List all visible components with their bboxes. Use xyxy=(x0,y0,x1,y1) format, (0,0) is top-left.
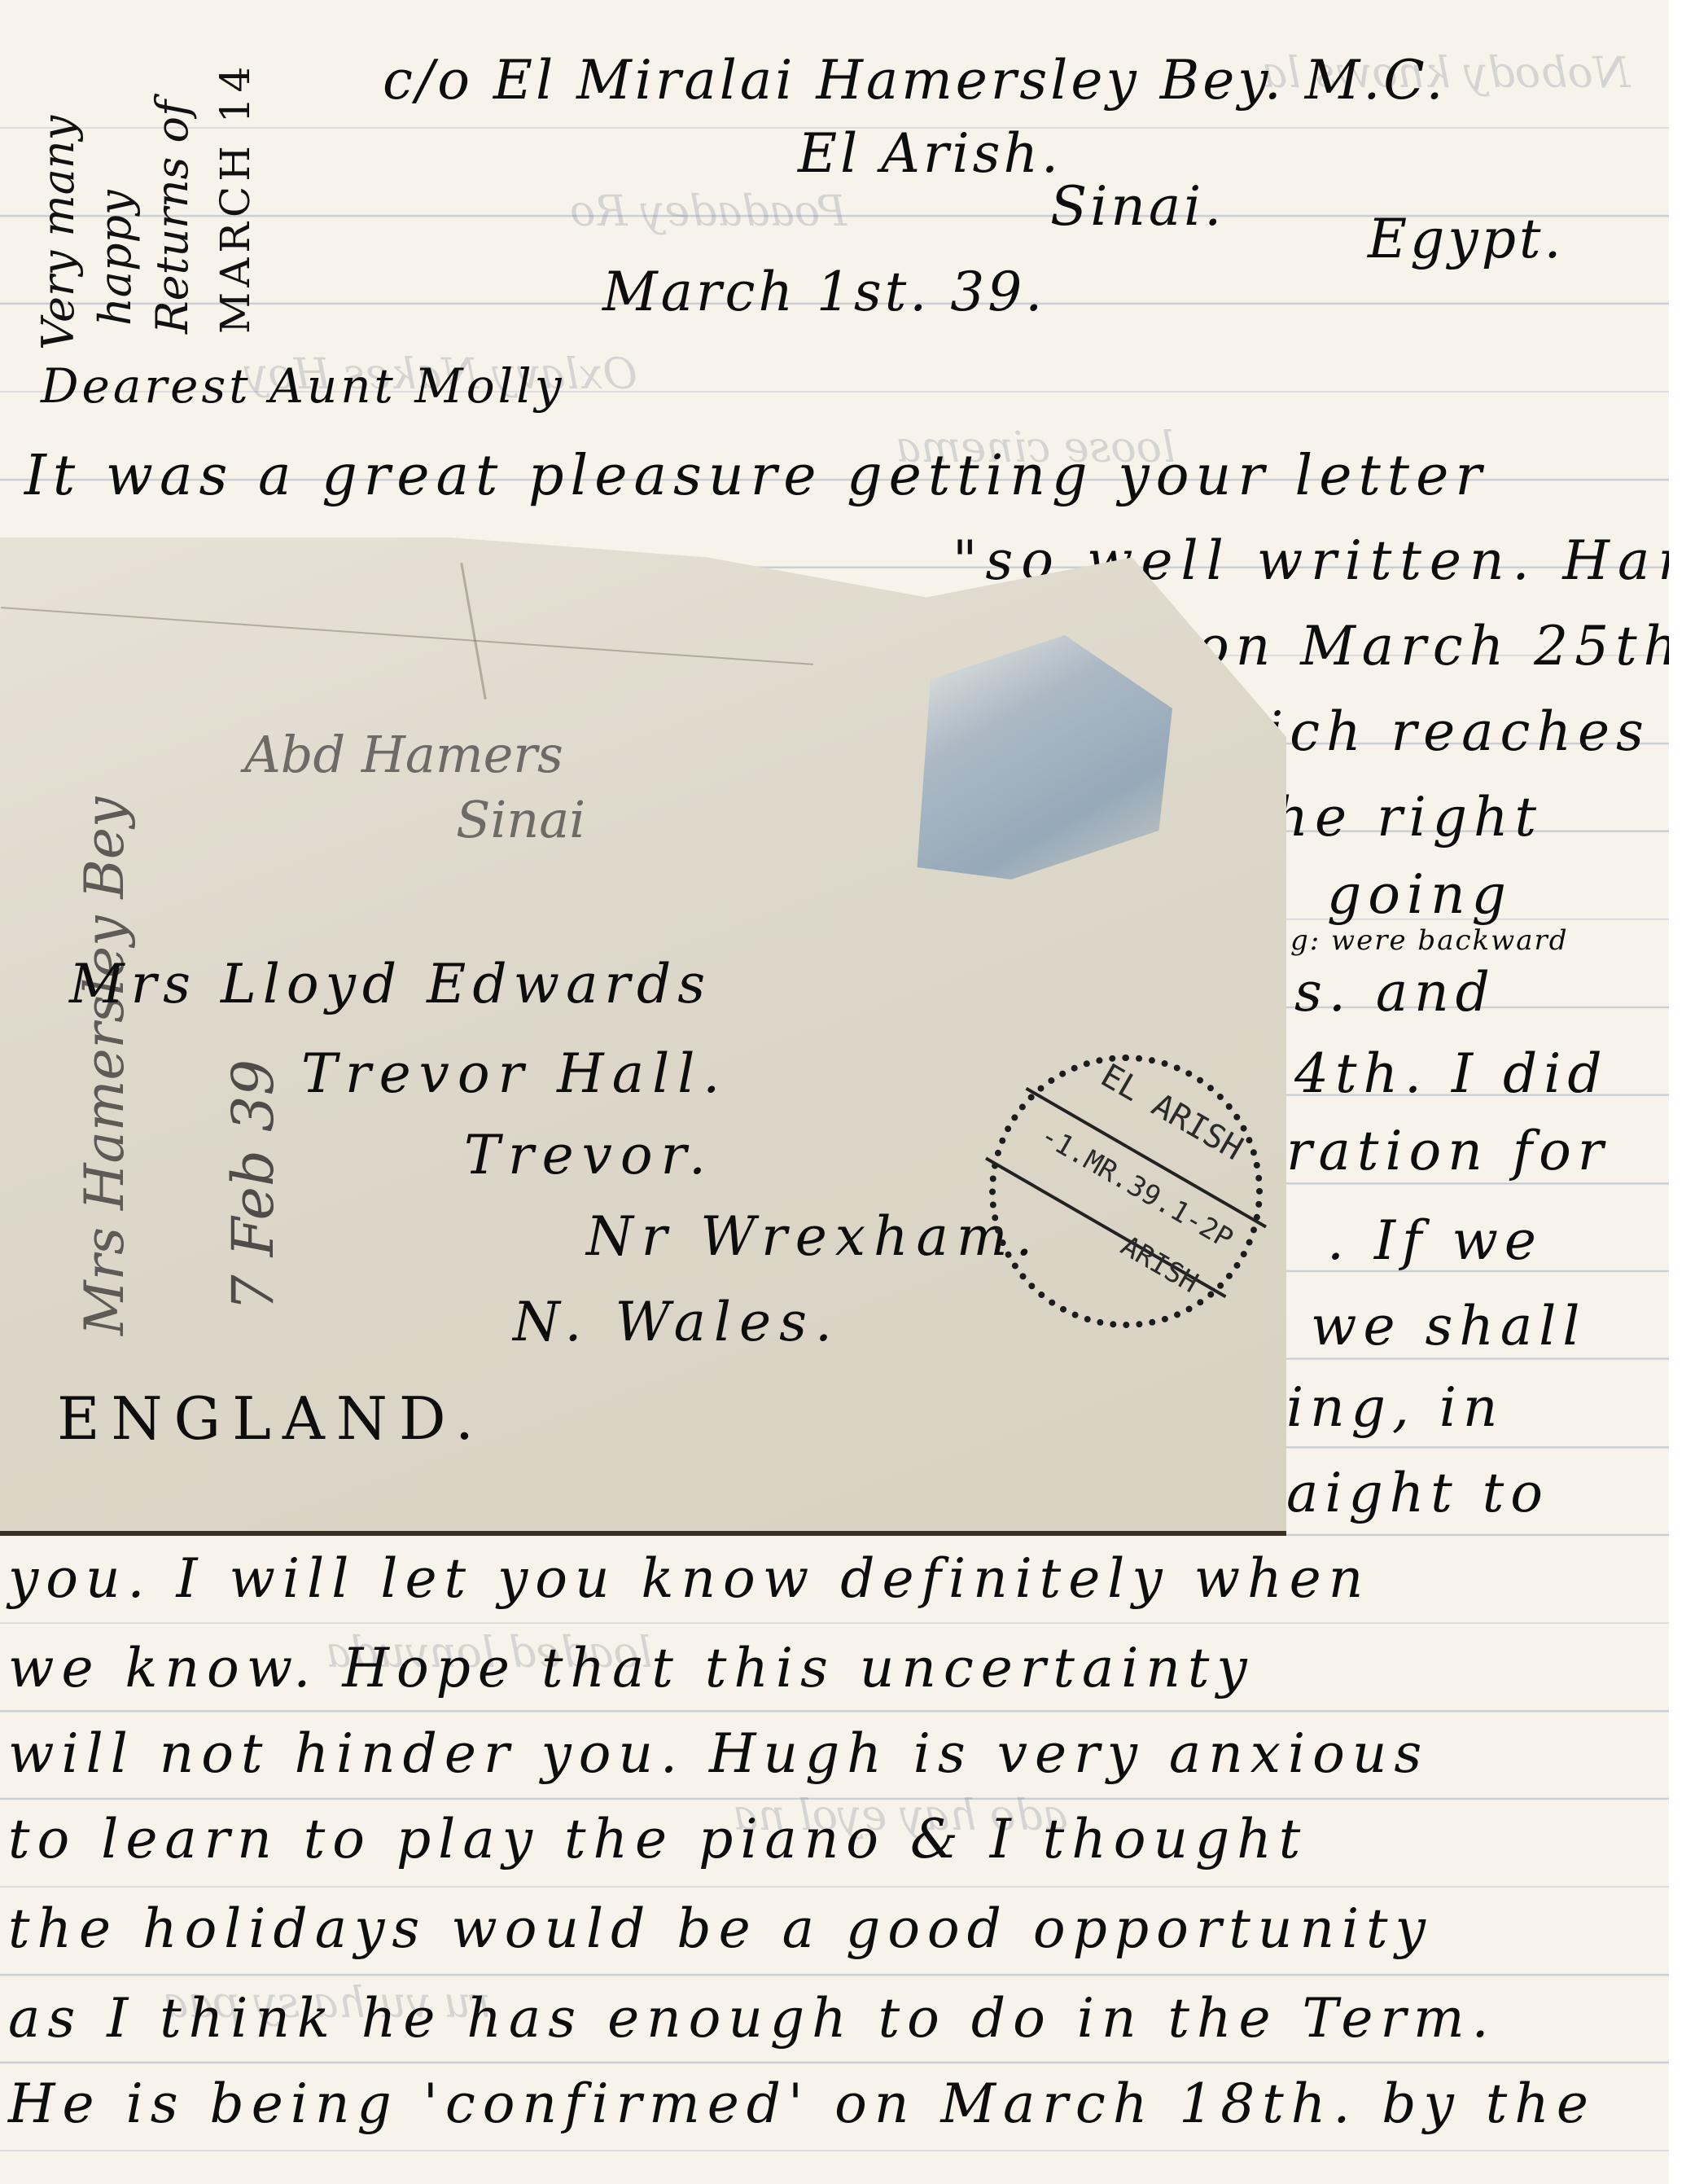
body-line: going xyxy=(1327,863,1513,926)
page-edge xyxy=(1669,0,1695,2184)
pencil-note-place: Sinai xyxy=(456,790,585,849)
envelope-crease xyxy=(460,563,486,699)
pencil-note: Abd Hamers xyxy=(244,725,563,784)
envelope-crease xyxy=(1,607,813,665)
margin-note-line: MARCH 14 xyxy=(212,62,259,334)
address-line: Trevor Hall. xyxy=(301,1042,728,1105)
body-line: aight to xyxy=(1286,1462,1549,1524)
body-line: as I think he has enough to do in the Te… xyxy=(8,1987,1496,2050)
body-line: the holidays would be a good opportunity xyxy=(8,1897,1433,1960)
address-line: Trevor. xyxy=(464,1124,714,1186)
body-line: . If we xyxy=(1327,1209,1543,1272)
addressee: Mrs Lloyd Edwards xyxy=(69,953,712,1015)
postmark: EL ARISH -1.MR.39.1-2P ARISH xyxy=(989,1055,1263,1328)
body-line: we shall xyxy=(1311,1295,1586,1357)
body-line: 4th. I did xyxy=(1294,1042,1609,1105)
address-line: Sinai. xyxy=(1050,175,1224,238)
body-line: ration for xyxy=(1286,1120,1610,1182)
margin-note-line: happy xyxy=(90,190,141,326)
body-line: we know. Hope that this uncertainty xyxy=(8,1637,1255,1699)
bleed-through-text: Poadadey Ro xyxy=(570,187,847,236)
letter-date: March 1st. 39. xyxy=(602,261,1045,323)
body-line: It was a great pleasure getting your let… xyxy=(24,444,1488,508)
interlinear-insert: g: were backward xyxy=(1290,924,1569,957)
body-line: ing, in xyxy=(1286,1376,1504,1439)
body-line: you. I will let you know definitely when xyxy=(8,1547,1370,1610)
margin-note-line: Returns of xyxy=(147,100,198,334)
address-line: N. Wales. xyxy=(513,1291,840,1353)
address-line: El Arish. xyxy=(798,122,1062,185)
margin-note-line: Very many xyxy=(33,116,84,350)
pencil-vertical-date: 7 Feb 39 xyxy=(220,1059,287,1311)
envelope-edge xyxy=(0,1531,1286,1536)
body-line: will not hinder you. Hugh is very anxiou… xyxy=(8,1722,1429,1785)
country: ENGLAND. xyxy=(57,1384,485,1453)
address-line: Egypt. xyxy=(1368,208,1564,270)
pencil-vertical-name: Mrs Hamersley Bey xyxy=(73,797,136,1335)
body-line: on March 25th xyxy=(1197,615,1684,678)
address-line: c/o El Miralai Hamersley Bey. M.C. xyxy=(383,49,1446,112)
body-line: s. and xyxy=(1294,961,1496,1024)
body-line: He is being 'confirmed' on March 18th. b… xyxy=(8,2072,1596,2135)
body-line: the right xyxy=(1246,786,1543,849)
body-line: to learn to play the piano & I thought xyxy=(8,1808,1307,1870)
salutation: Dearest Aunt Molly xyxy=(41,358,564,414)
address-line: Nr Wrexham. xyxy=(586,1205,1040,1268)
